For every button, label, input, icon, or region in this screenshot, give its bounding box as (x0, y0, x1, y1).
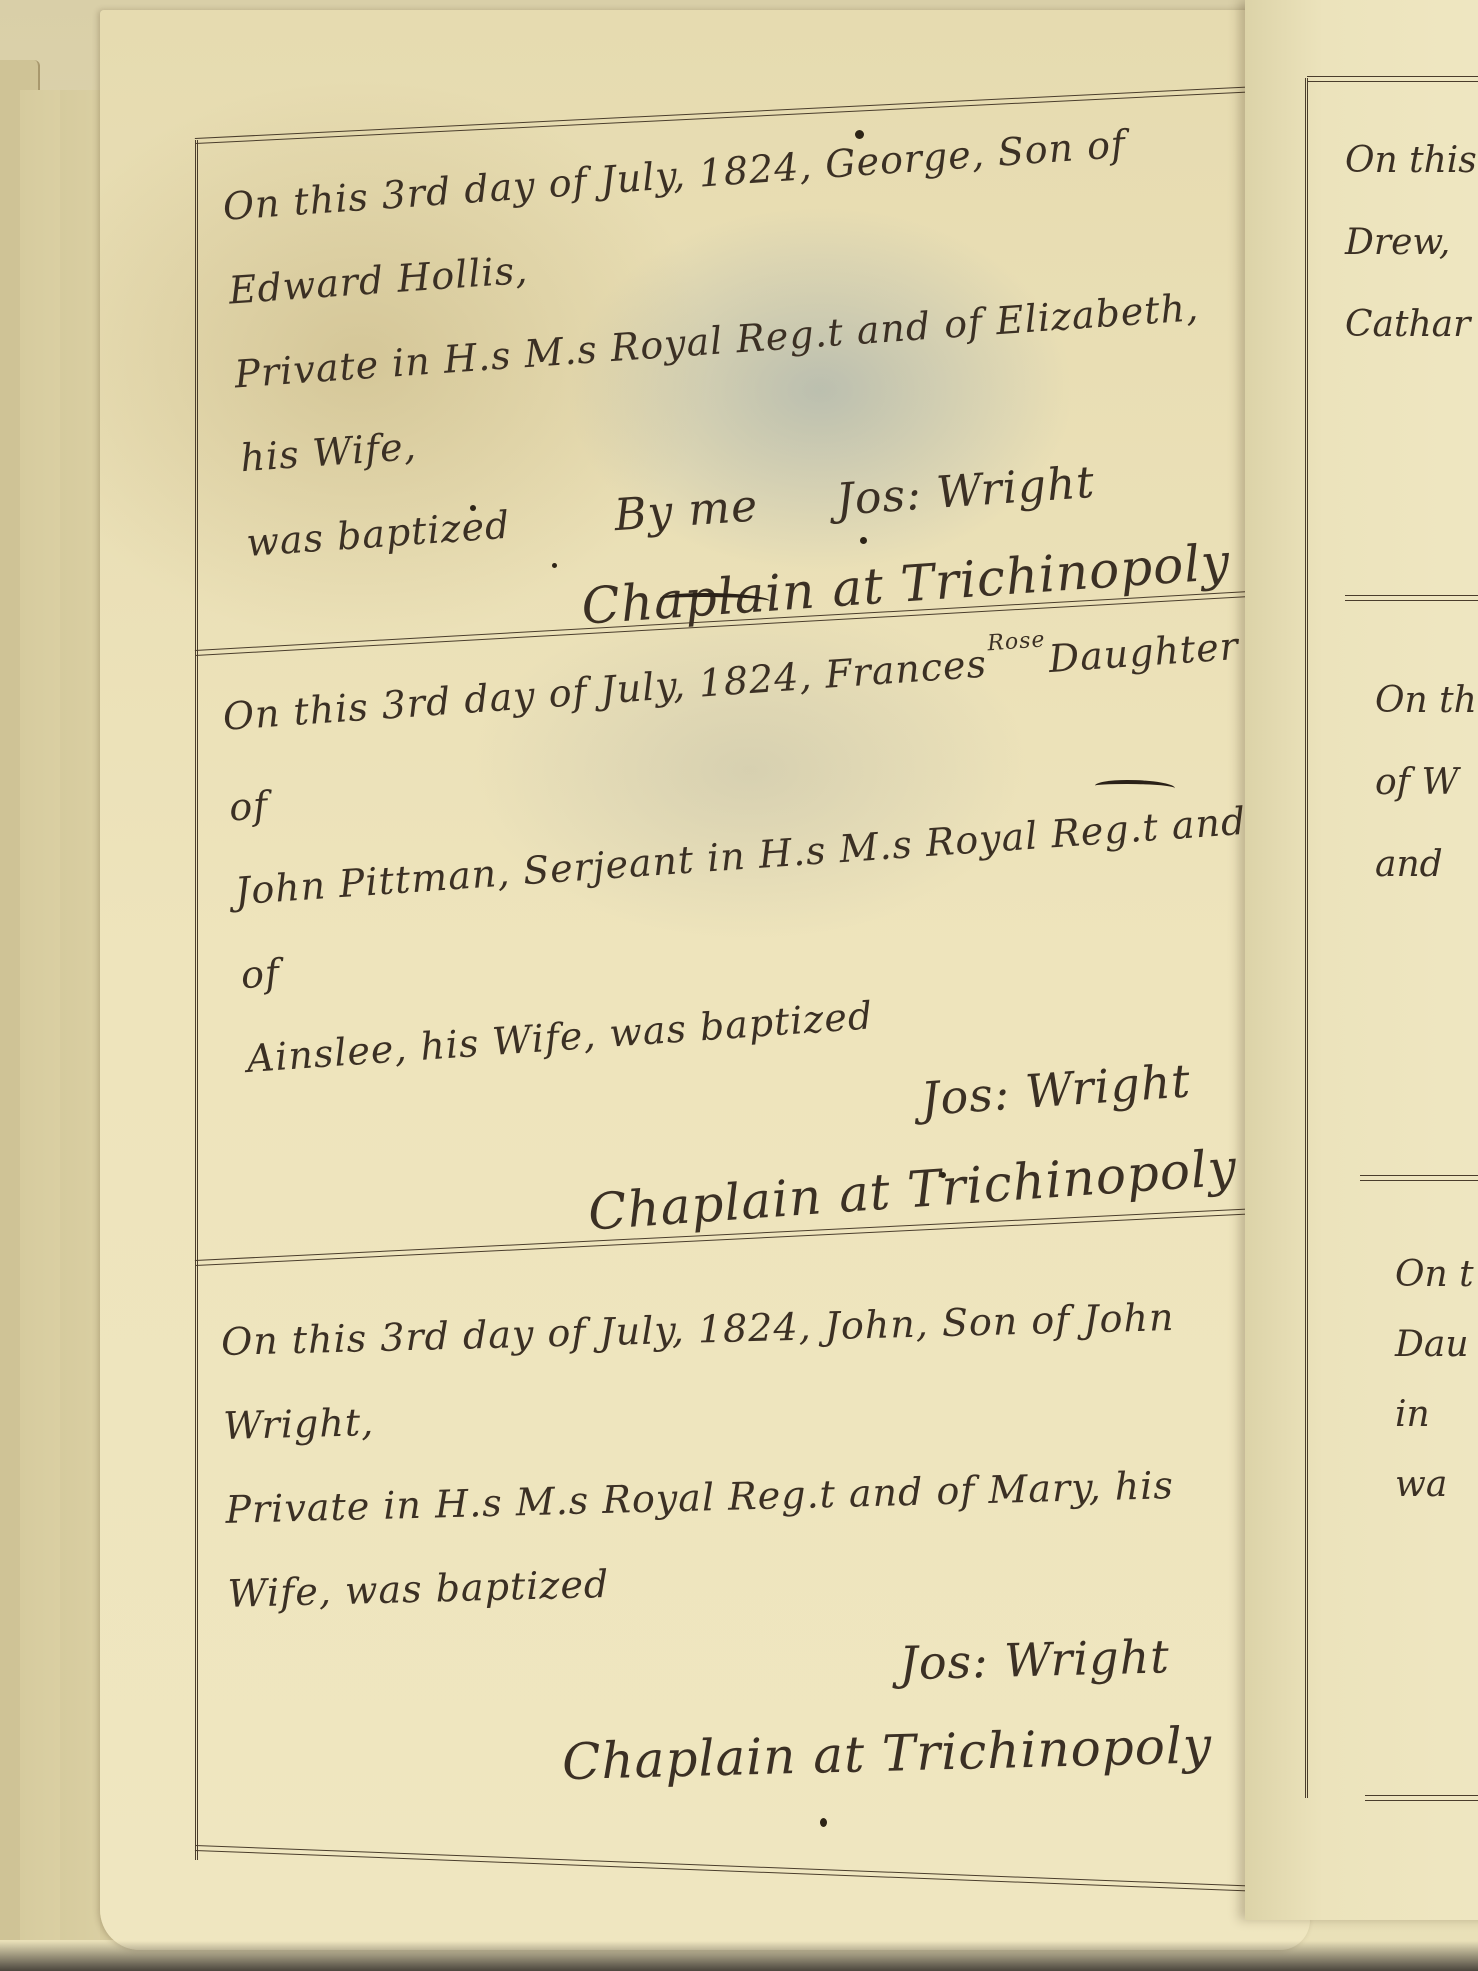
worm-hole (552, 563, 557, 568)
ledger-photo: On this 3rd day of July, 1824, George, S… (0, 0, 1478, 1971)
worm-hole (855, 130, 864, 139)
worm-hole (820, 1818, 827, 1827)
frame-top-rule (1307, 76, 1478, 82)
paper-tear (1095, 780, 1175, 794)
baptism-entry-george-hollis: On this 3rd day of July, 1824, George, S… (220, 94, 1273, 675)
left-page: On this 3rd day of July, 1824, George, S… (100, 10, 1310, 1950)
entry-line: On t (1395, 1240, 1478, 1310)
baptism-entry-john-wright: On this 3rd day of July, 1824, John, Son… (220, 1273, 1253, 1816)
entry-divider-rule (1345, 595, 1478, 601)
entry-line: On this 3rd day of July, 1824, John, Son… (220, 1273, 1244, 1468)
right-page-partial: On this 3 Drew, Cathar On thi of W and O… (1245, 0, 1478, 1920)
entry-line: Drew, (1345, 202, 1478, 284)
worm-hole (470, 505, 476, 511)
entry-line: On this 3 (1345, 120, 1478, 202)
entry-line: in (1395, 1380, 1478, 1450)
entry-divider-rule (1360, 1175, 1478, 1181)
entry-line: wa (1395, 1450, 1478, 1520)
partial-entry: On this 3 Drew, Cathar (1345, 120, 1478, 366)
entry-line-text: was baptized (245, 503, 512, 565)
entry-line: Dau (1395, 1310, 1478, 1380)
entry-line: Cathar (1345, 284, 1478, 366)
paper-tear (660, 593, 770, 607)
frame-bottom-rule (1365, 1795, 1478, 1801)
worm-hole (940, 1172, 946, 1178)
table-surface-shadow (0, 1941, 1478, 1971)
entry-line: of W (1375, 742, 1478, 824)
partial-entry: On t Dau in wa (1395, 1240, 1478, 1520)
entry-line: and (1375, 824, 1478, 906)
chaplain-signature: Jos: Wright (835, 457, 1097, 526)
interlined-insertion: Rose (987, 627, 1047, 656)
entry-line: On thi (1375, 660, 1478, 742)
worm-hole (860, 537, 867, 544)
partial-entry: On thi of W and (1375, 660, 1478, 906)
by-me-label: By me (613, 480, 760, 541)
baptism-entry-frances-rose-pittman: On this 3rd day of July, 1824, FrancesRo… (220, 604, 1280, 1281)
